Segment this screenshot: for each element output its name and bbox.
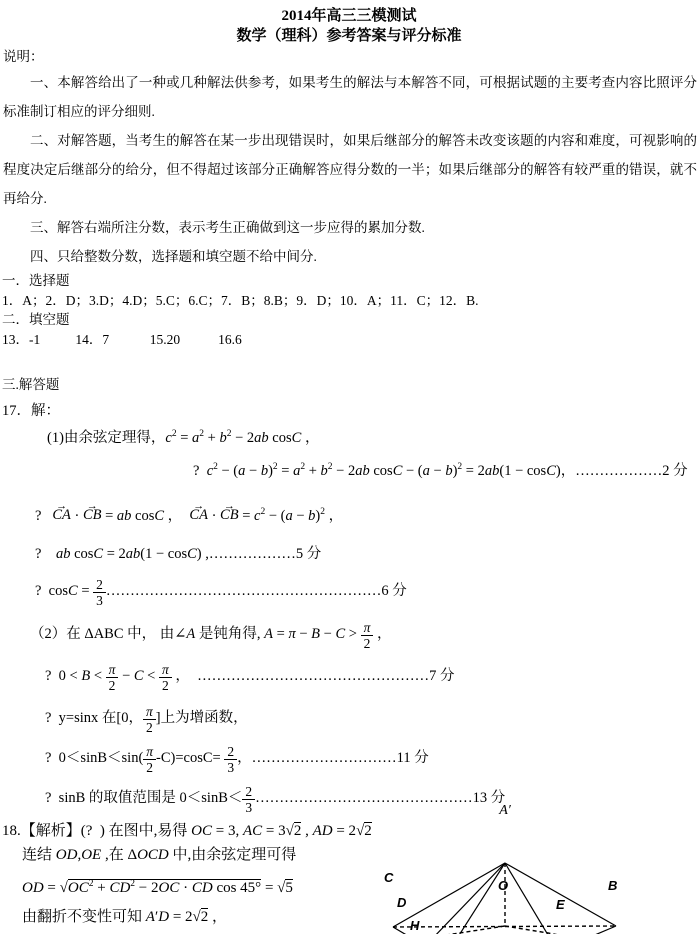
choice-answers: 1．A；2．D；3.D；4.D；5.C；6.C；7．B；8.B；9．D；10．A…: [0, 291, 698, 310]
figure-label-o: O: [498, 878, 508, 893]
solution-section-heading: 三.解答题: [0, 375, 698, 395]
q17-step-law-of-cosines: (1)由余弦定理得，c2 = a2 + b2 − 2ab cosC ，: [47, 423, 698, 449]
note-paragraph-4: 四、只给整数分数，选择题和填空题不给中间分.: [0, 242, 698, 271]
blank-answer-13: 13．-1: [2, 330, 72, 349]
note-paragraph-2: 二、对解答题，当考生的解答在某一步出现错误时，如果后继部分的解答未改变该题的内容…: [0, 126, 698, 213]
choice-section-heading: 一．选择题: [0, 271, 698, 291]
q17-part2-obtuse-angle: （2）在 ΔABC 中， 由∠A 是钝角得, A = π − B − C > π…: [30, 614, 698, 654]
blank-answer-16: 16.6: [218, 330, 242, 349]
q17-step-b-range-7pts: ? 0 < B < π2 − C < π2 ， ……………………………………………: [45, 656, 698, 696]
blank-answers: 13．-1 14．7 15.20 16.6: [0, 330, 698, 349]
figure-label-c: C: [384, 870, 394, 885]
figure-label-a-prime: A′: [498, 803, 512, 818]
note-paragraph-1: 一、本解答给出了一种或几种解法供参考，如果考生的解法与本解答不同，可根据试题的主…: [0, 68, 698, 126]
q17-step-vectors: ? CA · CB = ab cosC ， CA · CB = c2 − (a …: [35, 501, 698, 527]
q17-step-abcos-5pts: ? ab cosC = 2ab(1 − cosC) ,………………5 分: [35, 544, 698, 564]
figure-label-h: H: [410, 918, 420, 933]
q18-solid-figure: A′ C D O E B H: [383, 798, 698, 934]
q17-step-sinb-11pts: ? 0＜sinB＜sin(π2-C)=cosC= 23，…………………………11…: [45, 738, 698, 778]
q17-step-expansion-2pts: ? c2 − (a − b)2 = a2 + b2 − 2ab cosC − (…: [193, 455, 698, 483]
notes-heading: 说明：: [0, 46, 698, 68]
document-subtitle: 数学（理科）参考答案与评分标准: [0, 26, 698, 46]
note-paragraph-3: 三、解答右端所注分数，表示考生正确做到这一步应得的累加分数.: [0, 213, 698, 242]
q17-step-cosc-6pts: ? cosC = 23…………………………………………………6 分: [35, 572, 698, 610]
q17-label: 17．解：: [2, 401, 698, 421]
figure-label-b: B: [608, 878, 617, 893]
exam-answer-document: 2014年高三三模测试 数学（理科）参考答案与评分标准 说明： 一、本解答给出了…: [0, 6, 698, 934]
figure-label-e: E: [556, 897, 565, 912]
blank-section-heading: 二．填空题: [0, 310, 698, 330]
figure-label-d: D: [397, 895, 407, 910]
blank-answer-15: 15.20: [150, 330, 215, 349]
q17-step-sinx-increasing: ? y=sinx 在[0，π2]上为增函数，: [45, 698, 698, 738]
blank-answer-14: 14．7: [75, 330, 146, 349]
document-title: 2014年高三三模测试: [0, 6, 698, 26]
